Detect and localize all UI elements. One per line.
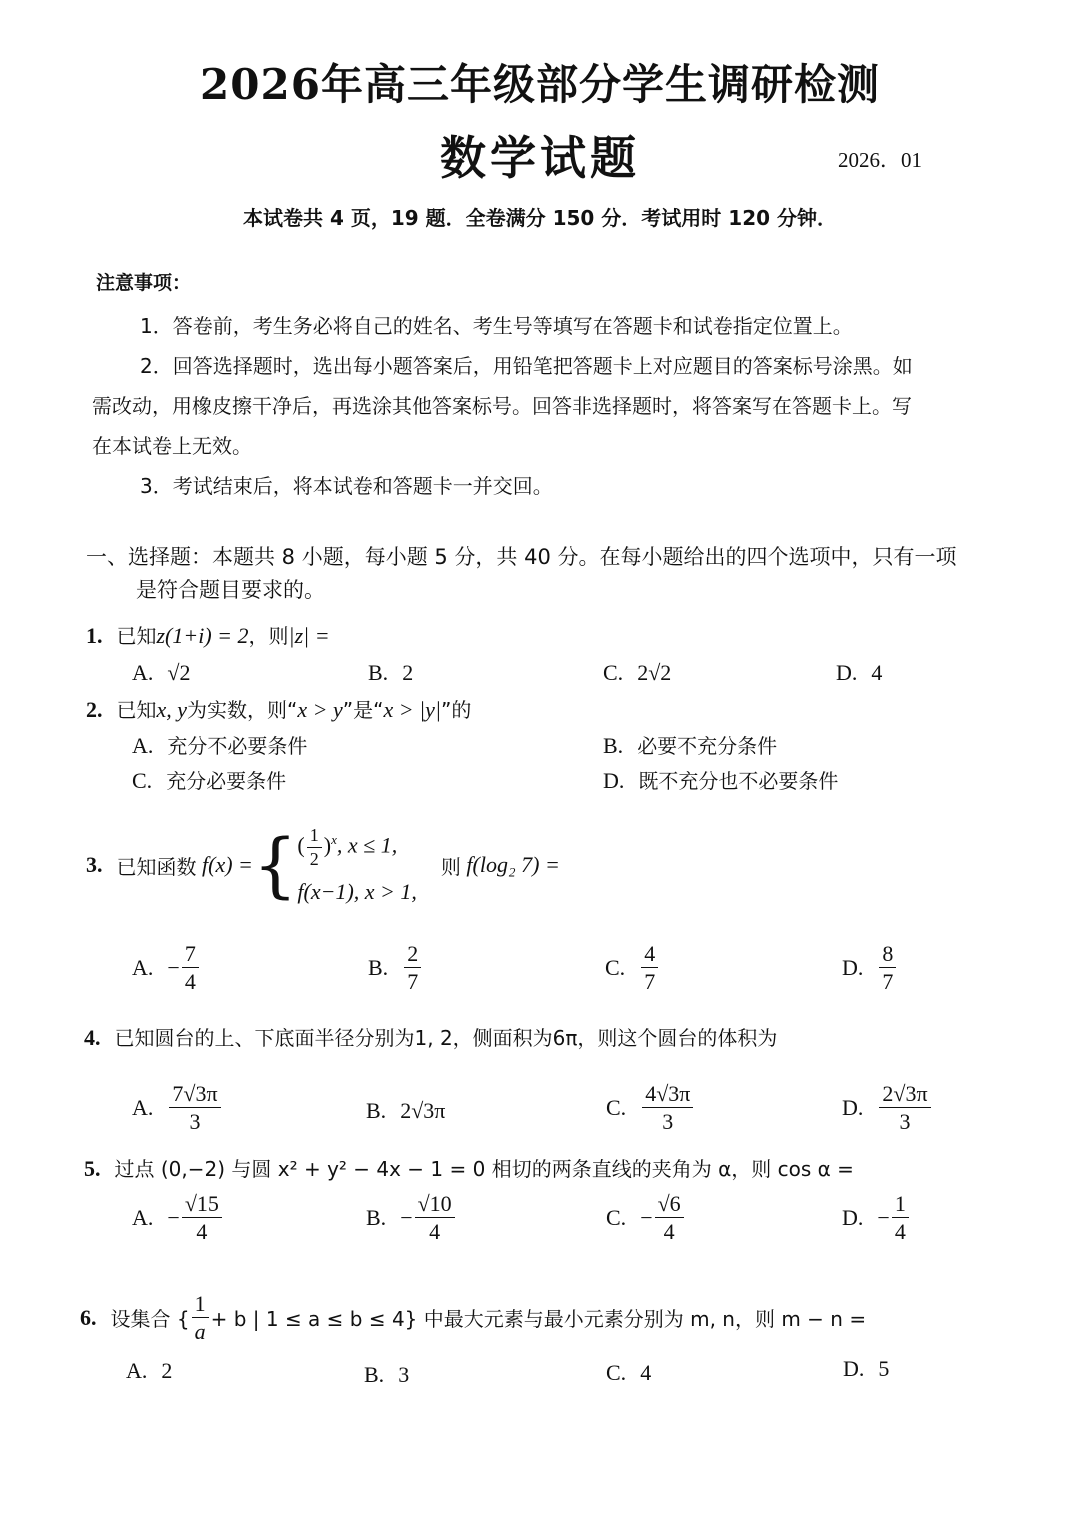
option-2a: A.充分不必要条件	[132, 730, 307, 759]
option-5c: C.−√64	[606, 1192, 686, 1243]
option-3b: B.27	[368, 942, 423, 993]
option-6b: B.3	[364, 1362, 409, 1388]
question-4: 4.已知圆台的上、下底面半径分别为1, 2，侧面积为6π，则这个圆台的体积为	[84, 1022, 777, 1051]
option-4a: A.7√3π3	[132, 1082, 223, 1133]
notice-item-2-cont: 需改动，用橡皮擦干净后，再选涂其他答案标号。回答非选择题时，将答案写在答题卡上。…	[92, 390, 912, 419]
option-2d: D.既不充分也不必要条件	[603, 765, 838, 794]
notice-title: 注意事项：	[96, 268, 191, 295]
option-3a: A.−74	[132, 942, 201, 993]
option-1c: C.2√2	[603, 660, 671, 686]
question-3: 3.已知函数 f(x) = { (12)x, x ≤ 1, f(x−1), x …	[86, 826, 560, 905]
option-6d: D.5	[843, 1356, 889, 1382]
notice-item-2-end: 在本试卷上无效。	[92, 430, 252, 459]
option-1a: A.√2	[132, 660, 190, 686]
option-4d: D.2√3π3	[842, 1082, 933, 1133]
section-heading-cont: 是符合题目要求的。	[136, 574, 325, 604]
option-4b: B.2√3π	[366, 1098, 445, 1124]
notice-item-1: 1．答卷前，考生务必将自己的姓名、考生号等填写在答题卡和试卷指定位置上。	[140, 310, 853, 339]
question-1: 1.已知z(1+i) = 2，则|z| =	[86, 620, 330, 649]
option-5a: A.−√154	[132, 1192, 224, 1243]
piecewise-cases: (12)x, x ≤ 1, f(x−1), x > 1,	[297, 826, 417, 905]
notice-item-3: 3．考试结束后，将本试卷和答题卡一并交回。	[140, 470, 553, 499]
option-2c: C.充分必要条件	[132, 765, 286, 794]
option-1b: B.2	[368, 660, 413, 686]
piecewise-brace: {	[253, 830, 298, 900]
exam-date: 2026．01	[838, 144, 922, 174]
question-2: 2.已知x, y为实数，则“x > y”是“x > |y|”的	[86, 694, 471, 723]
question-6: 6.设集合 {1a+ b | 1 ≤ a ≤ b ≤ 4} 中最大元素与最小元素…	[80, 1292, 866, 1343]
option-4c: C.4√3π3	[606, 1082, 695, 1133]
option-3c: C.47	[605, 942, 660, 993]
option-3d: D.87	[842, 942, 898, 993]
question-5: 5.过点 (0,−2) 与圆 x² + y² − 4x − 1 = 0 相切的两…	[84, 1153, 854, 1182]
option-6c: C.4	[606, 1360, 651, 1386]
notice-item-2: 2．回答选择题时，选出每小题答案后，用铅笔把答题卡上对应题目的答案标号涂黑。如	[140, 350, 913, 379]
exam-info: 本试卷共 4 页，19 题．全卷满分 150 分．考试用时 120 分钟．	[0, 202, 1080, 231]
option-1d: D.4	[836, 660, 882, 686]
exam-title: 2026年高三年级部分学生调研检测	[0, 52, 1080, 112]
option-5d: D.−14	[842, 1192, 911, 1243]
option-2b: B.必要不充分条件	[603, 730, 777, 759]
question-number: 1.	[86, 623, 103, 648]
option-6a: A.2	[126, 1358, 172, 1384]
option-5b: B.−√104	[366, 1192, 457, 1243]
section-heading: 一、选择题：本题共 8 小题，每小题 5 分，共 40 分。在每小题给出的四个选…	[86, 541, 957, 571]
